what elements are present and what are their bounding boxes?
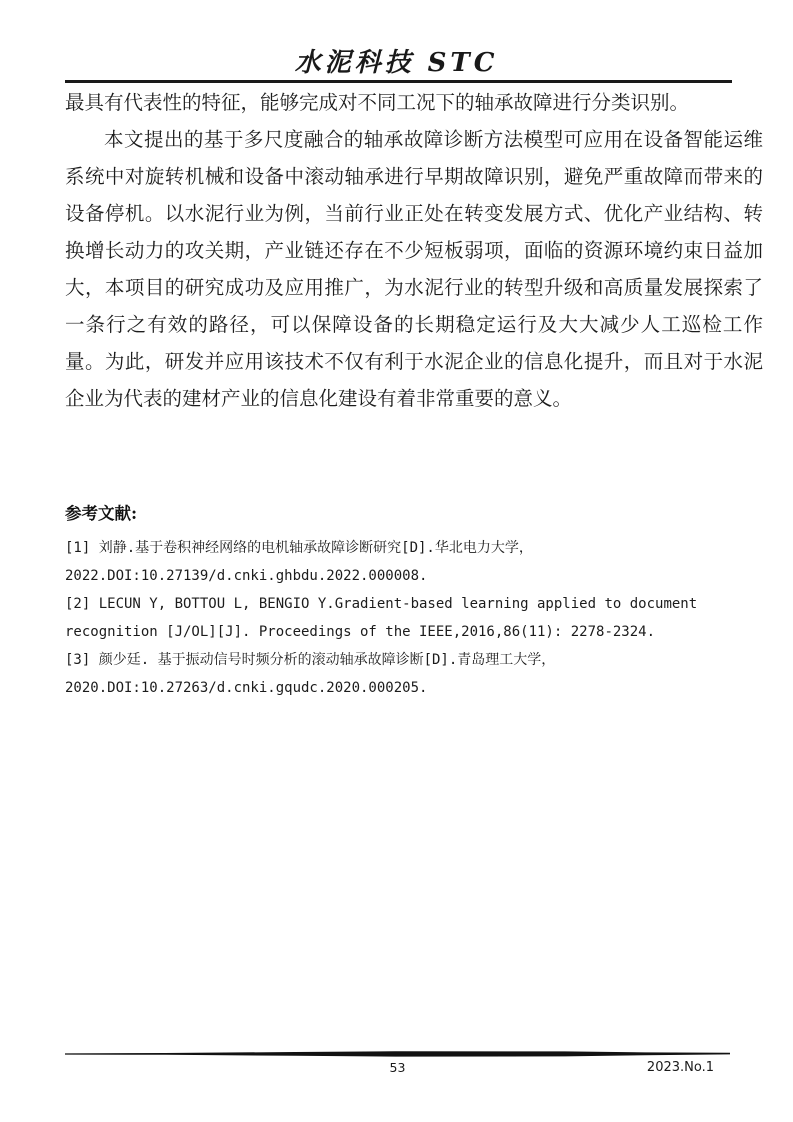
- header-rule: [65, 80, 732, 83]
- paragraph-line: 企业为代表的建材产业的信息化建设有着非常重要的意义。: [65, 380, 763, 417]
- journal-page: 水泥科技 STC 最具有代表性的特征，能够完成对不同工况下的轴承故障进行分类识别…: [0, 0, 793, 1122]
- paragraph-line: 本文提出的基于多尺度融合的轴承故障诊断方法模型可应用在设备智能运维: [65, 121, 763, 158]
- page-number: 53: [65, 1060, 730, 1075]
- paragraph-line: 一条行之有效的路径，可以保障设备的长期稳定运行及大大减少人工巡检工作: [65, 306, 763, 343]
- references-list: [1] 刘静.基于卷积神经网络的电机轴承故障诊断研究[D].华北电力大学，202…: [65, 534, 763, 702]
- reference-item: [1] 刘静.基于卷积神经网络的电机轴承故障诊断研究[D].华北电力大学，202…: [65, 534, 763, 590]
- paragraph-line: 系统中对旋转机械和设备中滚动轴承进行早期故障识别，避免严重故障而带来的: [65, 158, 763, 195]
- reference-item: [3] 颜少廷. 基于振动信号时频分析的滚动轴承故障诊断[D].青岛理工大学，2…: [65, 646, 763, 702]
- references-section: 参考文献: [1] 刘静.基于卷积神经网络的电机轴承故障诊断研究[D].华北电力…: [65, 503, 763, 702]
- journal-title: 水泥科技 STC: [0, 42, 793, 79]
- footer-row: 53 2023.No.1: [65, 1060, 730, 1080]
- footer: 53 2023.No.1: [65, 1050, 730, 1080]
- references-heading: 参考文献:: [65, 503, 763, 525]
- paragraph-line: 量。为此，研发并应用该技术不仅有利于水泥企业的信息化提升，而且对于水泥: [65, 343, 763, 380]
- intro-line: 最具有代表性的特征，能够完成对不同工况下的轴承故障进行分类识别。: [65, 84, 763, 121]
- paragraph-line: 大，本项目的研究成功及应用推广，为水泥行业的转型升级和高质量发展探索了: [65, 269, 763, 306]
- footer-rule: [65, 1050, 730, 1058]
- reference-item: [2] LECUN Y, BOTTOU L, BENGIO Y.Gradient…: [65, 590, 763, 646]
- paragraph-line: 换增长动力的攻关期，产业链还存在不少短板弱项，面临的资源环境约束日益加: [65, 232, 763, 269]
- issue-number: 2023.No.1: [647, 1060, 714, 1075]
- body-text: 最具有代表性的特征，能够完成对不同工况下的轴承故障进行分类识别。 本文提出的基于…: [65, 84, 763, 417]
- body-paragraph: 本文提出的基于多尺度融合的轴承故障诊断方法模型可应用在设备智能运维系统中对旋转机…: [65, 121, 763, 417]
- paragraph-line: 设备停机。以水泥行业为例，当前行业正处在转变发展方式、优化产业结构、转: [65, 195, 763, 232]
